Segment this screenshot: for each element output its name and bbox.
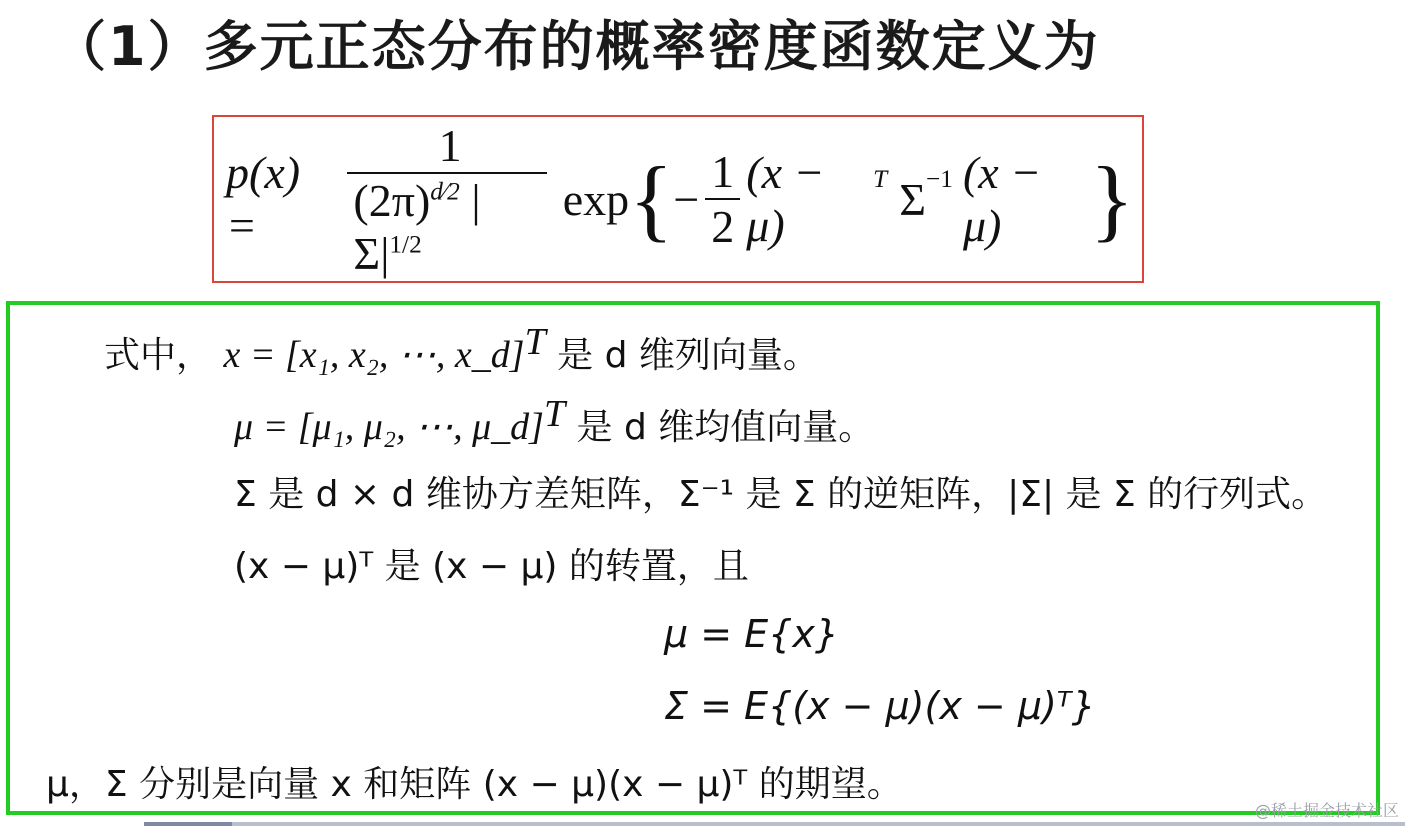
mu-description: 是 d 维均值向量。 [577, 407, 875, 448]
inverse-sup: −1 [926, 165, 953, 194]
pdf-formula-box: p(x) = 1 (2π)d⁄2 |Σ|1/2 exp { − 1 2 (x −… [212, 115, 1144, 283]
definition-transpose: (x − μ)ᵀ 是 (x − μ) 的转置，且 [234, 538, 749, 589]
half-fraction: 1 2 [705, 145, 740, 253]
x-description: 是 d 维列向量。 [557, 335, 819, 376]
mu-transpose: T [544, 393, 565, 435]
definition-mu: μ = [μ₁, μ₂, ⋯, μ_d]T 是 d 维均值向量。 [234, 392, 874, 450]
definition-expectations: μ，Σ 分别是向量 x 和矩阵 (x − μ)(x − μ)ᵀ 的期望。 [46, 756, 903, 807]
fraction-numerator: 1 [433, 119, 468, 172]
sigma-inverse: Σ [899, 173, 926, 226]
fraction-denominator: (2π)d⁄2 |Σ|1/2 [347, 174, 552, 280]
term-x-minus-mu-2: (x − μ) [963, 146, 1090, 252]
page-title: （1）多元正态分布的概率密度函数定义为 [52, 4, 1100, 81]
shizhong-label: 式中， [104, 335, 212, 376]
watermark: @稀土掘金技术社区 [1255, 798, 1399, 821]
progress-bar-fill [144, 822, 232, 826]
exp-label: exp [563, 173, 629, 226]
term-x-minus-mu-1: (x − μ) [746, 146, 873, 252]
equation-sigma-expectation: Σ = E{(x − μ)(x − μ)ᵀ} [664, 684, 1096, 728]
formula-lhs: p(x) = [226, 146, 341, 252]
minus-sign: − [673, 173, 699, 226]
half-numerator: 1 [705, 145, 740, 198]
determinant-exponent: 1/2 [389, 230, 421, 258]
two-pi: (2π) [353, 175, 430, 226]
half-denominator: 2 [705, 200, 740, 253]
close-brace: } [1090, 153, 1134, 245]
equation-mu-expectation: μ = E{x} [664, 612, 839, 656]
progress-bar [144, 822, 1405, 826]
pdf-formula: p(x) = 1 (2π)d⁄2 |Σ|1/2 exp { − 1 2 (x −… [222, 125, 1134, 273]
definition-sigma: Σ 是 d × d 维协方差矩阵，Σ⁻¹ 是 Σ 的逆矩阵，|Σ| 是 Σ 的行… [234, 466, 1327, 517]
x-transpose: T [525, 321, 546, 363]
normalizing-fraction: 1 (2π)d⁄2 |Σ|1/2 [347, 119, 552, 280]
transpose-sup: T [873, 165, 887, 194]
definition-x: 式中， x = [x₁, x₂, ⋯, x_d]T 是 d 维列向量。 [104, 320, 819, 378]
open-brace: { [629, 153, 673, 245]
two-pi-exponent: d⁄2 [430, 177, 460, 205]
mu-vector: μ = [μ₁, μ₂, ⋯, μ_d] [234, 406, 544, 448]
x-vector: x = [x₁, x₂, ⋯, x_d] [223, 334, 524, 376]
